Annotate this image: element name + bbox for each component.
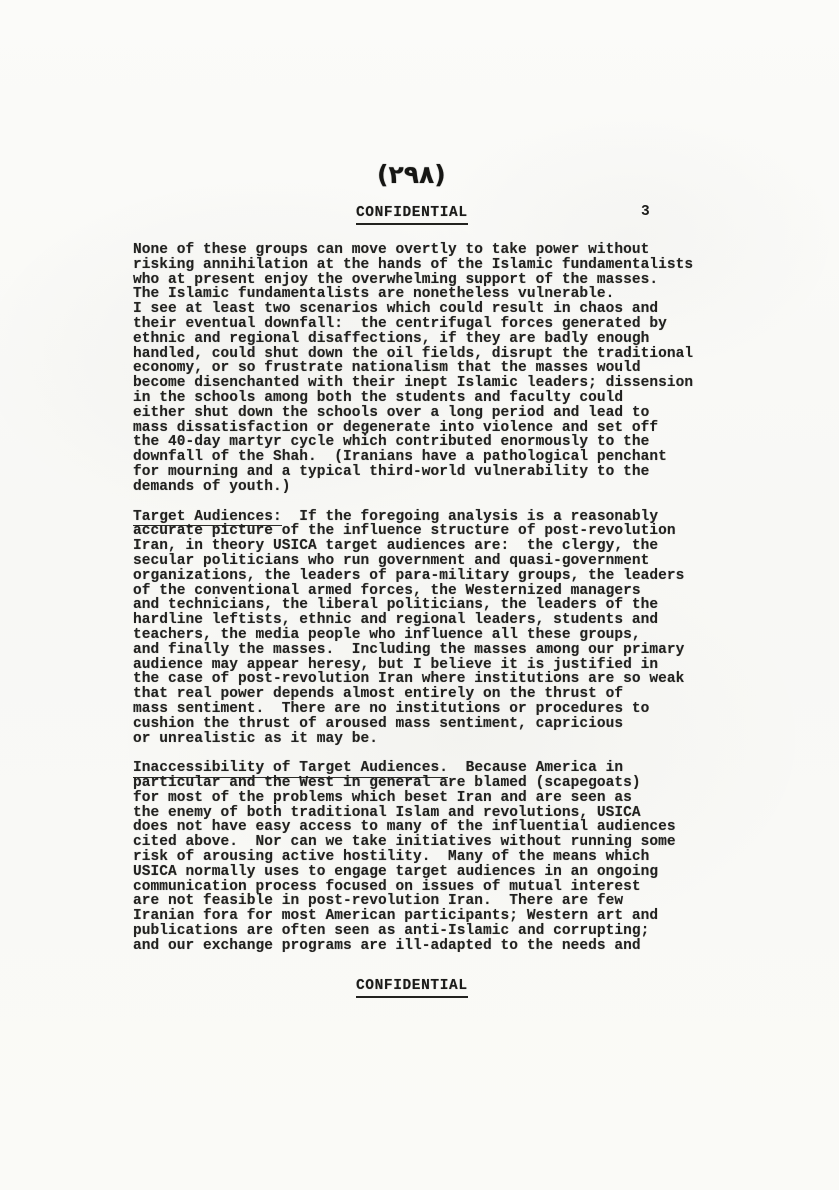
text-line: for most of the problems which beset Ira…	[133, 791, 733, 806]
text-line: and finally the masses. Including the ma…	[133, 643, 733, 658]
text-line: downfall of the Shah. (Iranians have a p…	[133, 450, 733, 465]
classification-label: CONFIDENTIAL	[356, 205, 468, 225]
text-line: risk of arousing active hostility. Many …	[133, 850, 733, 865]
text-line: particular and the West in general are b…	[133, 776, 733, 791]
classification-label: CONFIDENTIAL	[356, 978, 468, 998]
text-line: cushion the thrust of aroused mass senti…	[133, 717, 733, 732]
text-line: None of these groups can move overtly to…	[133, 243, 733, 258]
header-classification: CONFIDENTIAL	[356, 203, 468, 225]
text-line: USICA normally uses to engage target aud…	[133, 865, 733, 880]
footer-classification: CONFIDENTIAL	[356, 976, 468, 998]
text-line: in the schools among both the students a…	[133, 391, 733, 406]
text-line: their eventual downfall: the centrifugal…	[133, 317, 733, 332]
paragraph: Target Audiences: If the foregoing analy…	[133, 510, 733, 747]
text-line: economy, or so frustrate nationalism tha…	[133, 361, 733, 376]
text-line: the 40-day martyr cycle which contribute…	[133, 435, 733, 450]
body-text: None of these groups can move overtly to…	[133, 243, 733, 969]
text-line: teachers, the media people who influence…	[133, 628, 733, 643]
text-line: cited above. Nor can we take initiatives…	[133, 835, 733, 850]
paragraph: Inaccessibility of Target Audiences. Bec…	[133, 761, 733, 953]
text-line: and our exchange programs are ill-adapte…	[133, 939, 733, 954]
text-line: either shut down the schools over a long…	[133, 406, 733, 421]
page-header: CONFIDENTIAL 3	[0, 203, 839, 225]
page-ref-arabic-number: (٢٩٨)	[377, 160, 446, 189]
text-line: secular politicians who run government a…	[133, 554, 733, 569]
text-line: accurate picture of the influence struct…	[133, 524, 733, 539]
text-line: the case of post-revolution Iran where i…	[133, 672, 733, 687]
text-line: for mourning and a typical third-world v…	[133, 465, 733, 480]
text-line: mass sentiment. There are no institution…	[133, 702, 733, 717]
text-line: or unrealistic as it may be.	[133, 732, 733, 747]
page-number: 3	[641, 204, 650, 220]
text-line: that real power depends almost entirely …	[133, 687, 733, 702]
text-line: demands of youth.)	[133, 480, 733, 495]
text-line: hardline leftists, ethnic and regional l…	[133, 613, 733, 628]
text-line: The Islamic fundamentalists are nonethel…	[133, 287, 733, 302]
text-line: risking annihilation at the hands of the…	[133, 258, 733, 273]
document-page: (٢٩٨) CONFIDENTIAL 3 None of these group…	[0, 0, 839, 1190]
text-line: become disenchanted with their inept Isl…	[133, 376, 733, 391]
text-line: I see at least two scenarios which could…	[133, 302, 733, 317]
text-line: Iranian fora for most American participa…	[133, 909, 733, 924]
text-line: and technicians, the liberal politicians…	[133, 598, 733, 613]
text-line: publications are often seen as anti-Isla…	[133, 924, 733, 939]
text-line: organizations, the leaders of para-milit…	[133, 569, 733, 584]
text-line: Iran, in theory USICA target audiences a…	[133, 539, 733, 554]
text-line: Inaccessibility of Target Audiences. Bec…	[133, 761, 733, 776]
text-line: ethnic and regional disaffections, if th…	[133, 332, 733, 347]
paragraph: None of these groups can move overtly to…	[133, 243, 733, 495]
